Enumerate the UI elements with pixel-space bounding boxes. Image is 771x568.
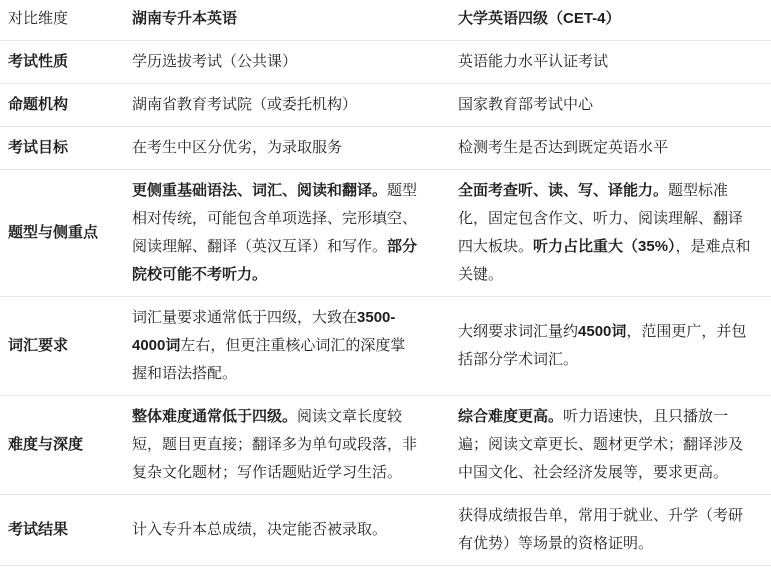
row-label: 题型与侧重点: [0, 170, 132, 297]
row-label: 命题机构: [0, 84, 132, 127]
emphasis-text: 综合难度更高。: [458, 408, 563, 425]
row-label: 考试结果: [0, 495, 132, 566]
body-text: 在考生中区分优劣，为录取服务: [132, 139, 342, 156]
header-hunan-english: 湖南专升本英语: [132, 0, 458, 41]
emphasis-text: 听力占比重大（35%）: [533, 238, 676, 255]
emphasis-text: 整体难度通常低于四级。: [132, 408, 297, 425]
row-label: 词汇要求: [0, 297, 132, 396]
emphasis-text: 4500词: [578, 323, 626, 340]
table-row: 词汇要求词汇量要求通常低于四级，大致在3500-4000词左右，但更注重核心词汇…: [0, 297, 771, 396]
table-row: 题型与侧重点更侧重基础语法、词汇、阅读和翻译。题型相对传统，可能包含单项选择、完…: [0, 170, 771, 297]
table-row: 难度与深度整体难度通常低于四级。阅读文章长度较短，题目更直接；翻译多为单句或段落…: [0, 396, 771, 495]
body-text: 英语能力水平认证考试: [458, 53, 608, 70]
table-row: 考试结果计入专升本总成绩，决定能否被录取。获得成绩报告单，常用于就业、升学（考研…: [0, 495, 771, 566]
cell-cet4: 大纲要求词汇量约4500词，范围更广，并包括部分学术词汇。: [458, 297, 771, 396]
row-label: 考试性质: [0, 41, 132, 84]
cell-cet4: 英语能力水平认证考试: [458, 41, 771, 84]
table-row: 考试性质学历选拔考试（公共课）英语能力水平认证考试: [0, 41, 771, 84]
body-text: 词汇量要求通常低于四级，大致在: [132, 309, 357, 326]
body-text: 湖南省教育考试院（或委托机构）: [132, 96, 357, 113]
cell-cet4: 综合难度更高。听力语速快，且只播放一遍；阅读文章更长、题材更学术；翻译涉及中国文…: [458, 396, 771, 495]
body-text: 大纲要求词汇量约: [458, 323, 578, 340]
cell-hunan-english: 学历选拔考试（公共课）: [132, 41, 458, 84]
header-dimension: 对比维度: [0, 0, 132, 41]
row-label: 难度与深度: [0, 396, 132, 495]
emphasis-text: 全面考查听、读、写、译能力。: [458, 182, 668, 199]
cell-hunan-english: 整体难度通常低于四级。阅读文章长度较短，题目更直接；翻译多为单句或段落，非复杂文…: [132, 396, 458, 495]
header-cet4: 大学英语四级（CET-4）: [458, 0, 771, 41]
body-text: 计入专升本总成绩，决定能否被录取。: [132, 521, 387, 538]
cell-cet4: 国家教育部考试中心: [458, 84, 771, 127]
row-label: 考试目标: [0, 127, 132, 170]
body-text: 学历选拔考试（公共课）: [132, 53, 297, 70]
cell-cet4: 全面考查听、读、写、译能力。题型标准化，固定包含作文、听力、阅读理解、翻译四大板…: [458, 170, 771, 297]
table-header-row: 对比维度 湖南专升本英语 大学英语四级（CET-4）: [0, 0, 771, 41]
comparison-table: 对比维度 湖南专升本英语 大学英语四级（CET-4） 考试性质学历选拔考试（公共…: [0, 0, 771, 566]
emphasis-text: 更侧重基础语法、词汇、阅读和翻译。: [132, 182, 387, 199]
cell-hunan-english: 词汇量要求通常低于四级，大致在3500-4000词左右，但更注重核心词汇的深度掌…: [132, 297, 458, 396]
cell-hunan-english: 在考生中区分优劣，为录取服务: [132, 127, 458, 170]
body-text: 国家教育部考试中心: [458, 96, 593, 113]
cell-hunan-english: 湖南省教育考试院（或委托机构）: [132, 84, 458, 127]
cell-hunan-english: 更侧重基础语法、词汇、阅读和翻译。题型相对传统，可能包含单项选择、完形填空、阅读…: [132, 170, 458, 297]
cell-cet4: 检测考生是否达到既定英语水平: [458, 127, 771, 170]
comparison-table-body: 考试性质学历选拔考试（公共课）英语能力水平认证考试命题机构湖南省教育考试院（或委…: [0, 41, 771, 566]
cell-hunan-english: 计入专升本总成绩，决定能否被录取。: [132, 495, 458, 566]
table-row: 命题机构湖南省教育考试院（或委托机构）国家教育部考试中心: [0, 84, 771, 127]
table-row: 考试目标在考生中区分优劣，为录取服务检测考生是否达到既定英语水平: [0, 127, 771, 170]
body-text: 获得成绩报告单，常用于就业、升学（考研有优势）等场景的资格证明。: [458, 507, 743, 552]
body-text: 检测考生是否达到既定英语水平: [458, 139, 668, 156]
cell-cet4: 获得成绩报告单，常用于就业、升学（考研有优势）等场景的资格证明。: [458, 495, 771, 566]
